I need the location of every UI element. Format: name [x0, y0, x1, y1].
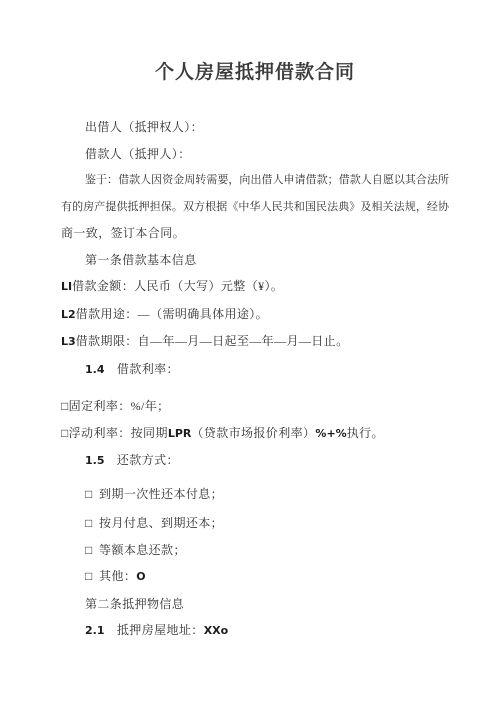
line-option-lump-sum: □ 到期一次性还本付息；	[61, 481, 449, 508]
line-option-monthly-interest: □ 按月付息、到期还本；	[61, 510, 449, 537]
cn-text-run: □ 按月付息、到期还本；	[85, 516, 223, 530]
line-1-2-purpose: L2借款用途：—（需明确具体用途）。	[61, 301, 449, 329]
cn-text-run: 出借人（抵押权人）：	[85, 120, 203, 134]
cn-text-run: □ 到期一次性还本付息；	[85, 487, 223, 501]
line-lender: 出借人（抵押权人）：	[61, 114, 449, 141]
line-option-floating-rate: □浮动利率：按同期LPR（贷款市场报价利率）%+%执行。	[61, 420, 449, 448]
cn-text-run: 借款人（抵押人）：	[85, 147, 191, 161]
latin-text-run: O	[136, 570, 145, 583]
cn-text-run: 借款用途：—（需明确具体用途）。	[76, 307, 268, 321]
latin-text-run: LI	[61, 280, 72, 293]
latin-text-run: LPR	[168, 427, 192, 440]
latin-text-run: XXo	[204, 624, 229, 637]
latin-text-run: L3	[61, 335, 76, 348]
line-borrower: 借款人（抵押人）：	[61, 141, 449, 168]
cn-text-run: 执行。	[347, 426, 384, 440]
latin-text-run: %+%	[315, 427, 346, 440]
cn-text-run: 鉴于：借款人因资金周转需要，向出借人申请借款；借款人自愿以其合法所	[85, 174, 449, 186]
line-article-1-heading: 第一条借款基本信息	[61, 247, 449, 274]
latin-text-run: 1.5	[85, 454, 105, 467]
cn-text-run: 借款期限：自—年—月—日起至—年—月—日止。	[76, 334, 349, 348]
cn-text-run: 抵押房屋地址：	[105, 623, 204, 637]
line-whereas-3: 商一致，签订本合同。	[61, 220, 449, 247]
line-option-other: □ 其他：O	[61, 563, 449, 591]
cn-text-run: 有的房产提供抵押担保。双方根据《中华人民共和国民法典》及相关法规，经协	[61, 201, 449, 213]
line-1-5-repayment: 1.5 还款方式：	[61, 447, 449, 475]
cn-text-run: 借款利率：	[105, 362, 179, 376]
cn-text-run: □浮动利率：按同期	[61, 426, 168, 440]
line-1-4-rate: 1.4 借款利率：	[61, 356, 449, 384]
line-1-3-term: L3借款期限：自—年—月—日起至—年—月—日止。	[61, 328, 449, 356]
line-1-1-amount: LI借款金额：人民币（大写）元整（¥）。	[61, 273, 449, 301]
line-whereas-1: 鉴于：借款人因资金周转需要，向出借人申请借款；借款人自愿以其合法所	[61, 167, 449, 194]
latin-text-run: 2.1	[85, 624, 105, 637]
cn-text-run: （贷款市场报价利率）	[191, 426, 315, 440]
cn-text-run: 借款金额：人民币（大写）元整（¥）。	[72, 279, 283, 293]
latin-text-run: L2	[61, 308, 76, 321]
line-2-1-address: 2.1 抵押房屋地址：XXo	[61, 617, 449, 645]
line-whereas-2: 有的房产提供抵押担保。双方根据《中华人民共和国民法典》及相关法规，经协	[61, 194, 449, 221]
latin-text-run: 1.4	[85, 363, 105, 376]
document-body: 出借人（抵押权人）：借款人（抵押人）：鉴于：借款人因资金周转需要，向出借人申请借…	[61, 114, 449, 645]
cn-text-run: 第二条抵押物信息	[85, 597, 184, 611]
line-article-2-heading: 第二条抵押物信息	[61, 591, 449, 618]
cn-text-run: 商一致，签订本合同。	[61, 226, 185, 240]
line-option-equal-installments: □ 等额本息还款；	[61, 537, 449, 564]
contract-title: 个人房屋抵押借款合同	[61, 60, 449, 84]
cn-text-run: □固定利率：%/年；	[61, 399, 170, 413]
cn-text-run: 还款方式：	[105, 453, 179, 467]
cn-text-run: □ 其他：	[85, 569, 136, 583]
line-option-fixed-rate: □固定利率：%/年；	[61, 393, 449, 420]
cn-text-run: 第一条借款基本信息	[85, 253, 197, 267]
contract-page: 个人房屋抵押借款合同 出借人（抵押权人）：借款人（抵押人）：鉴于：借款人因资金周…	[0, 0, 500, 707]
cn-text-run: □ 等额本息还款；	[85, 543, 186, 557]
